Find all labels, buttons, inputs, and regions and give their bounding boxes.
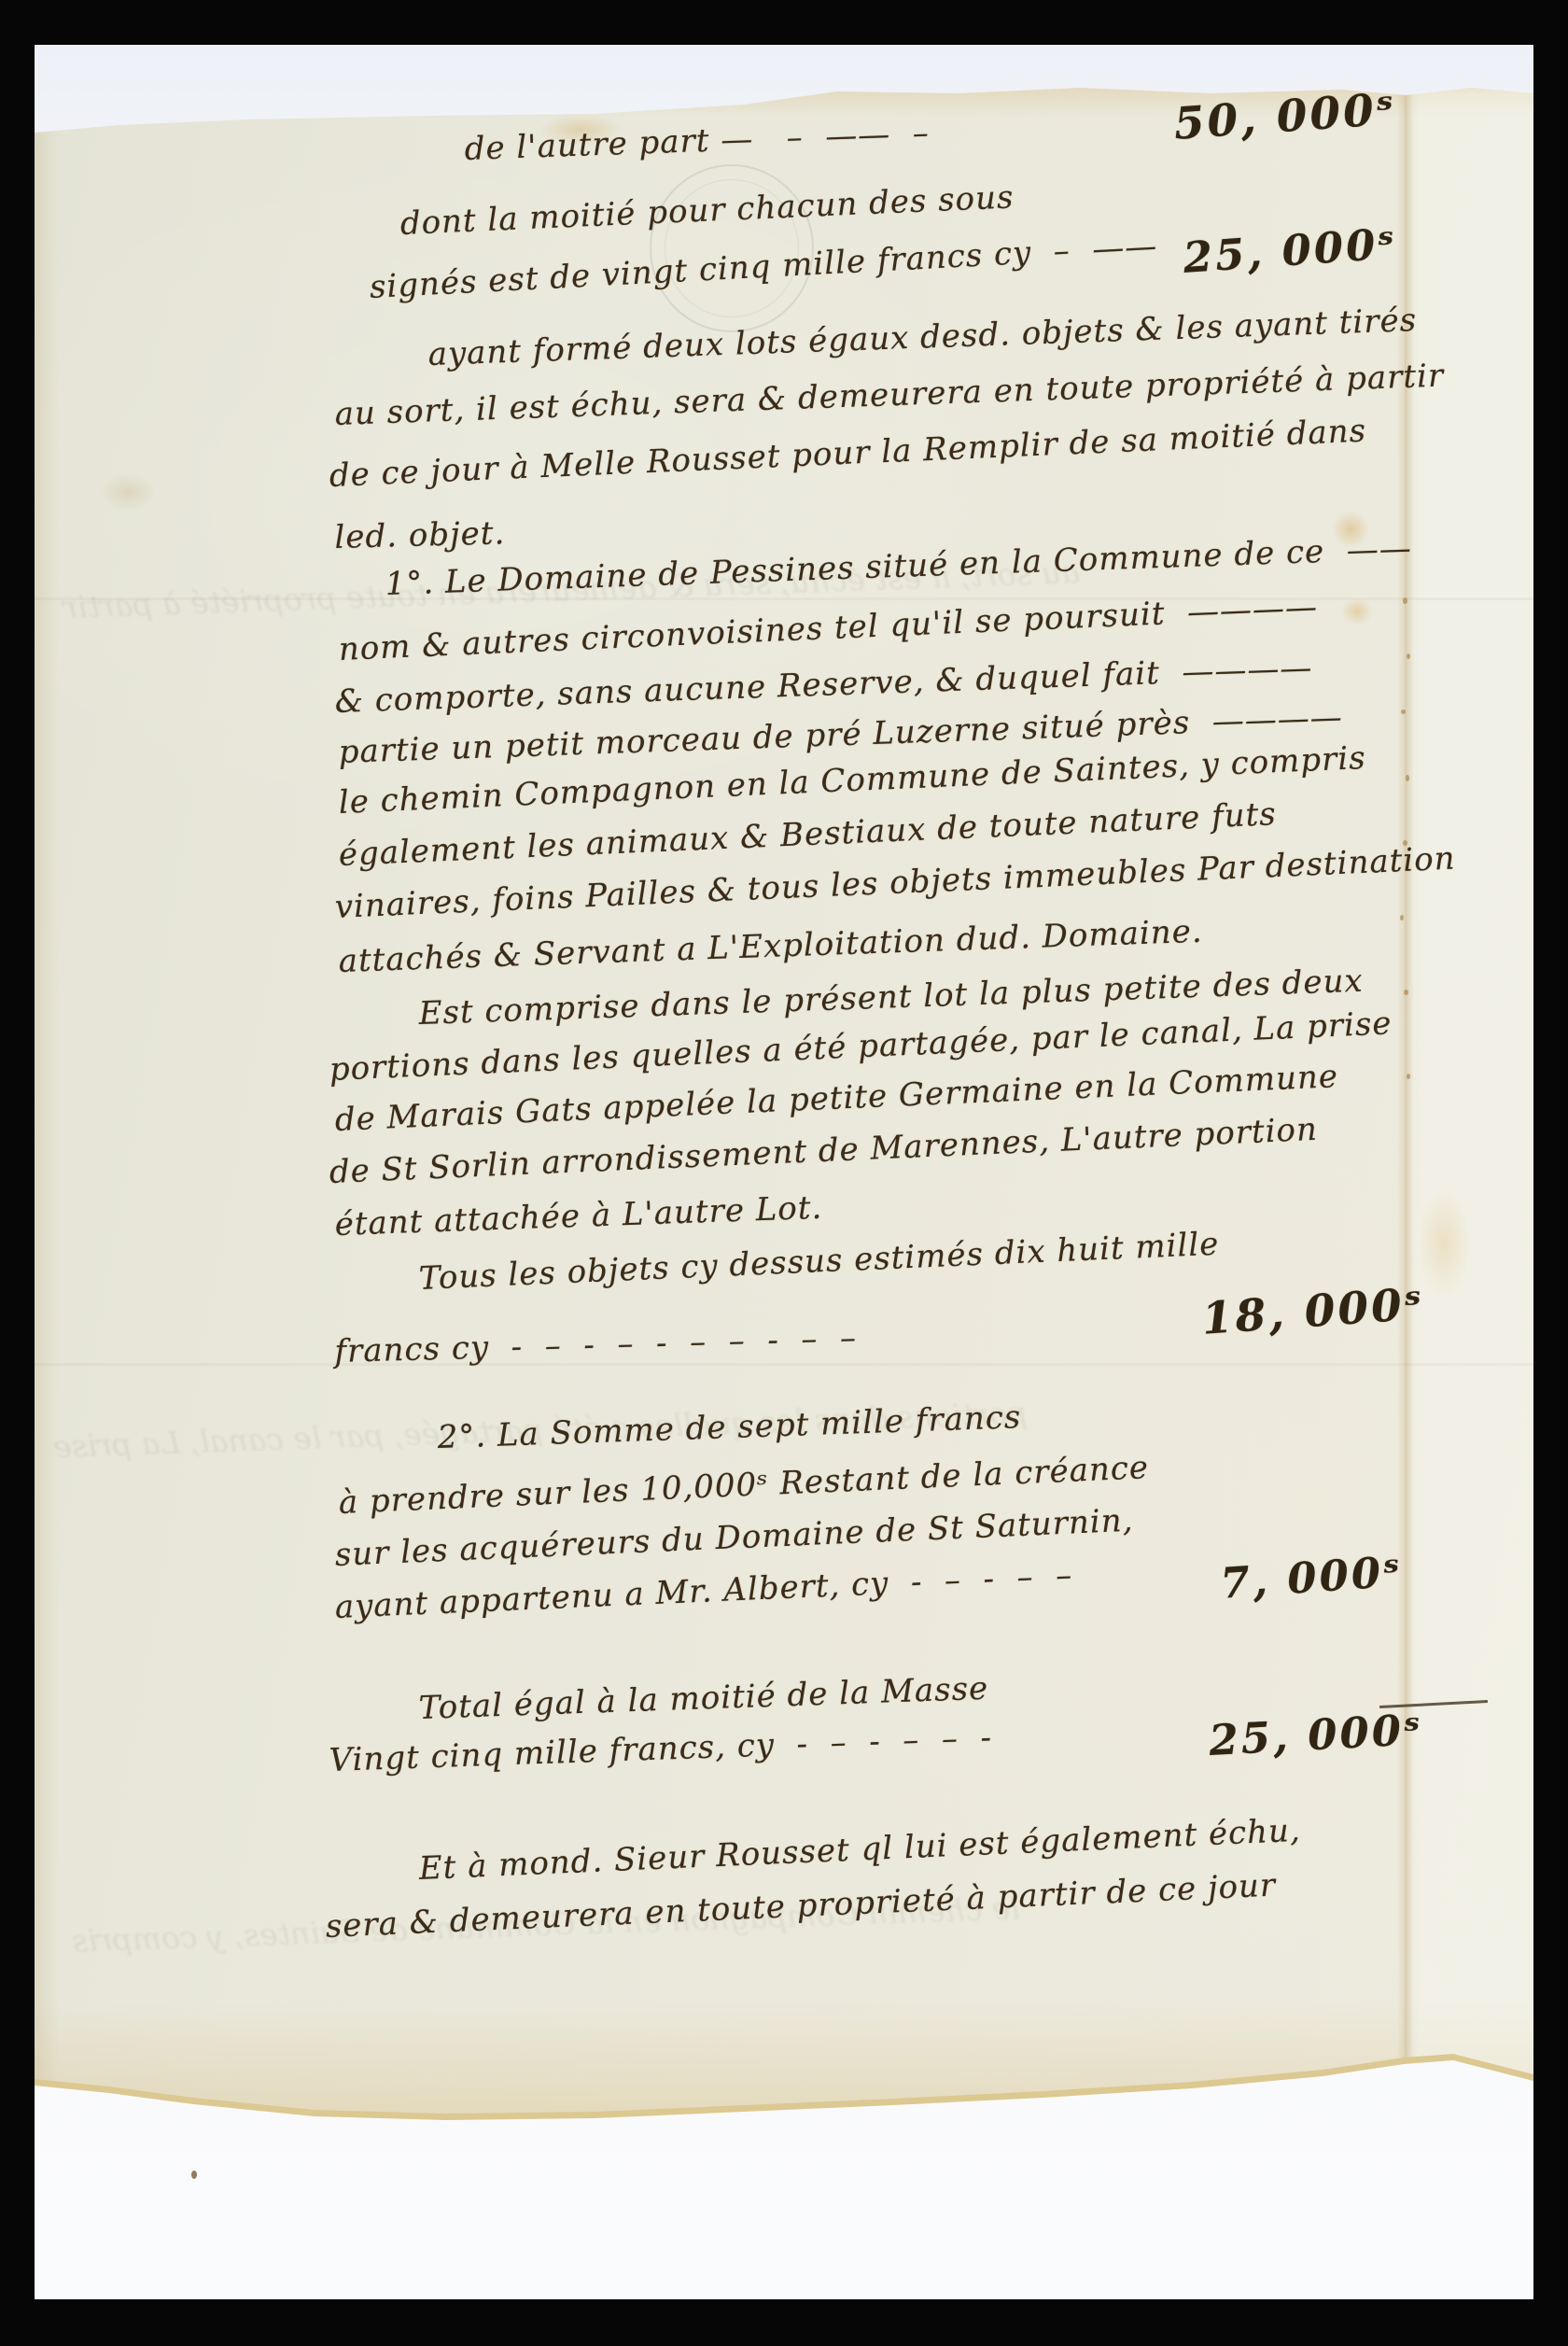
debris-speck (191, 2170, 197, 2179)
crease-speck (1400, 915, 1404, 920)
scanned-manuscript-page: au sort, il est échu, sera & demeurera e… (0, 0, 1568, 2346)
crease-speck (1406, 775, 1409, 781)
manuscript-line: led. objet. (334, 514, 506, 556)
left-edge-shading (35, 86, 59, 2114)
crease-speck (1401, 709, 1406, 714)
crease-speck (1407, 653, 1410, 659)
stain (1341, 597, 1373, 625)
horizontal-crease (35, 1363, 1533, 1366)
stain (1416, 1187, 1472, 1299)
crease-speck (1404, 990, 1408, 995)
stain (100, 473, 156, 511)
crease-speck (1403, 597, 1407, 604)
crease-speck (1407, 1074, 1410, 1079)
